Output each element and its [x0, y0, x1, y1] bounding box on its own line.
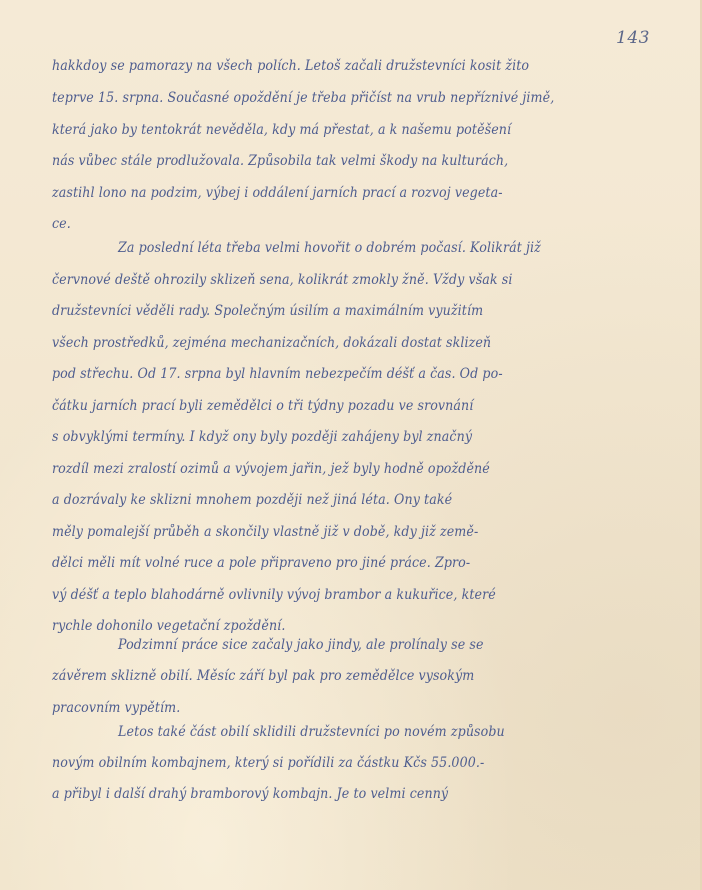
- handwritten-line: s obvyklými termíny. I když ony byly poz…: [52, 429, 472, 445]
- handwritten-line: hakkdoy se pamorazy na všech polích. Let…: [52, 58, 529, 74]
- handwritten-line: dělci měli mít volné ruce a pole připrav…: [52, 555, 470, 571]
- scanned-page: 143 hakkdoy se pamorazy na všech polích.…: [0, 0, 702, 890]
- handwritten-line: a přibyl i další drahý bramborový kombaj…: [52, 786, 448, 802]
- handwritten-line: novým obilním kombajnem, který si pořídi…: [52, 755, 484, 771]
- handwritten-line: všech prostředků, zejména mechanizačních…: [52, 335, 491, 351]
- handwritten-line: čátku jarních prací byli zemědělci o tři…: [52, 398, 473, 414]
- handwritten-line: závěrem sklizně obilí. Měsíc září byl pa…: [52, 668, 474, 684]
- handwritten-line: červnové deště ohrozily sklizeň sena, ko…: [52, 272, 512, 288]
- handwritten-line: ce.: [52, 216, 71, 232]
- handwritten-line: pod střechu. Od 17. srpna byl hlavním ne…: [52, 366, 503, 382]
- handwritten-line: zastihl lono na podzim, výbej i oddálení…: [52, 185, 503, 201]
- handwritten-line: Podzimní práce sice začaly jako jindy, a…: [118, 637, 484, 653]
- handwritten-line: a dozrávaly ke sklizni mnohem později ne…: [52, 492, 452, 508]
- handwritten-line: vý déšť a teplo blahodárně ovlivnily výv…: [52, 587, 496, 603]
- handwritten-line: pracovním vypětím.: [52, 700, 180, 716]
- handwritten-line: měly pomalejší průběh a skončily vlastně…: [52, 524, 478, 540]
- handwritten-line: rozdíl mezi zralostí ozimů a vývojem jař…: [52, 461, 490, 477]
- handwritten-line: rychle dohonilo vegetační zpoždění.: [52, 618, 285, 634]
- handwritten-line: nás vůbec stále prodlužovala. Způsobila …: [52, 153, 508, 169]
- handwritten-line: Letos také část obilí sklidili družstevn…: [118, 724, 505, 740]
- handwritten-line: Za poslední léta třeba velmi hovořit o d…: [118, 240, 541, 256]
- page-number: 143: [616, 28, 650, 48]
- handwritten-line: teprve 15. srpna. Současné opoždění je t…: [52, 90, 554, 106]
- handwritten-line: družstevníci věděli rady. Společným úsil…: [52, 303, 483, 319]
- handwritten-line: která jako by tentokrát nevěděla, kdy má…: [52, 122, 511, 138]
